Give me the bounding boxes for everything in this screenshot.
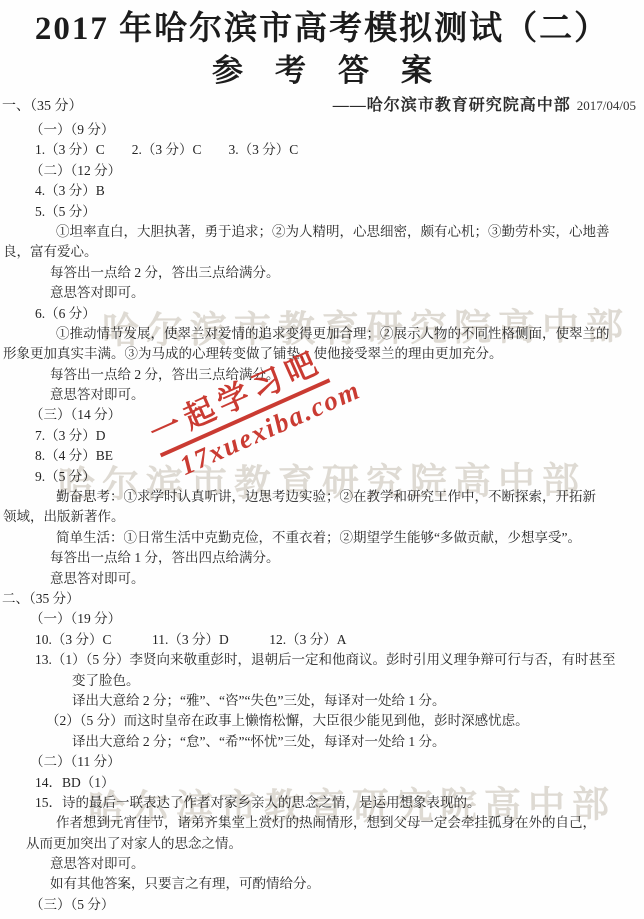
answer-line: 形象更加真实丰满。③为马成的心理转变做了铺垫，使他接受翠兰的理由更加充分。 xyxy=(3,344,644,364)
answer-line: 13.（1）（5 分）李贤向来敬重彭时，退朝后一定和他商议。彭时引用义理争辩可行… xyxy=(35,650,644,670)
answer-line: 译出大意给 2 分；“怠”、“希”“怀忧”三处，每译对一处给 1 分。 xyxy=(72,732,644,752)
answer-line: （一）（9 分） xyxy=(30,120,644,140)
answer-line: 每答出一点给 1 分，答出四点给满分。 xyxy=(50,548,644,568)
answer-line: 每答出一点给 2 分，答出三点给满分。 xyxy=(50,365,644,385)
answer-line: 意思答对即可。 xyxy=(50,854,644,874)
answer-line: 从而更加突出了对家人的思念之情。 xyxy=(26,834,644,854)
answer-line: 14．BD（1） xyxy=(35,773,644,793)
answer-line: 良，富有爱心。 xyxy=(3,242,644,262)
answer-line: 7.（3 分）D xyxy=(35,426,644,446)
answer-line: 15．诗的最后一联表达了作者对家乡亲人的思念之情，是运用想象表现的。 xyxy=(35,793,644,813)
answer-line: 意思答对即可。 xyxy=(50,385,644,405)
answer-line: 变了脸色。 xyxy=(72,671,644,691)
answer-line: 意思答对即可。 xyxy=(50,283,644,303)
answer-line: 简单生活：①日常生活中克勤克俭，不重衣着；②期望学生能够“多做贡献，少想享受”。 xyxy=(56,528,644,548)
answer-line: 每答出一点给 2 分，答出三点给满分。 xyxy=(50,263,644,283)
answer-line: （二）（11 分） xyxy=(30,752,644,772)
answer-line: 二、（35 分） xyxy=(2,589,644,609)
answer-line: 译出大意给 2 分；“雅”、“咨”“失色”三处，每译对一处给 1 分。 xyxy=(72,691,644,711)
answer-line: （二）（12 分） xyxy=(30,161,644,181)
answer-line: 4.（3 分）B xyxy=(35,181,644,201)
answer-line: ①坦率直白，大胆执著，勇于追求；②为人精明，心思细密，颇有心机；③勤劳朴实，心地… xyxy=(56,222,644,242)
document-date: 2017/04/05 xyxy=(577,94,636,118)
answer-line: ①推动情节发展，使翠兰对爱情的追求变得更加合理；②展示人物的不同性格侧面，使翠兰… xyxy=(56,324,644,344)
answer-line: 8.（4 分）BE xyxy=(35,446,644,466)
scanned-answer-sheet: 2017 年哈尔滨市高考模拟测试（二） 参考答案 一、（35 分） ——哈尔滨市… xyxy=(0,0,644,919)
answer-line: 5.（5 分） xyxy=(35,202,644,222)
answer-line: 领域，出版新著作。 xyxy=(3,507,644,527)
header-meta-row: 一、（35 分） ——哈尔滨市教育研究院高中部 2017/04/05 xyxy=(2,94,636,118)
answer-line: 10.（3 分）C 11.（3 分）D 12.（3 分）A xyxy=(35,630,644,650)
answer-line: 如有其他答案，只要言之有理，可酌情给分。 xyxy=(50,874,644,894)
answer-line: （三）（14 分） xyxy=(30,405,644,425)
answer-line: （三）（5 分） xyxy=(30,895,644,915)
answer-line: 作者想到元宵佳节，诸弟齐集堂上赏灯的热闹情形，想到父母一定会牵挂孤身在外的自己， xyxy=(56,813,644,833)
answer-line: 9.（5 分） xyxy=(35,467,644,487)
page-title: 2017 年哈尔滨市高考模拟测试（二） xyxy=(0,6,644,52)
answer-line: 勤奋思考：①求学时认真听讲，边思考边实验；②在教学和研究工作中，不断探索，开拓新 xyxy=(56,487,644,507)
attribution-text: ——哈尔滨市教育研究院高中部 xyxy=(333,94,571,118)
answer-line: （一）（19 分） xyxy=(30,609,644,629)
section-one-label: 一、（35 分） xyxy=(2,95,83,119)
answer-line: （2）（5 分）而这时皇帝在政事上懒惰松懈，大臣很少能见到他，彭时深感忧虑。 xyxy=(46,711,644,731)
answer-line: 1.（3 分）C 2.（3 分）C 3.（3 分）C xyxy=(35,140,644,160)
answer-line: 6.（6 分） xyxy=(35,304,644,324)
answer-lines-container: （一）（9 分）1.（3 分）C 2.（3 分）C 3.（3 分）C（二）（12… xyxy=(0,120,644,915)
answer-line: 意思答对即可。 xyxy=(50,569,644,589)
page-subtitle: 参考答案 xyxy=(0,52,644,92)
